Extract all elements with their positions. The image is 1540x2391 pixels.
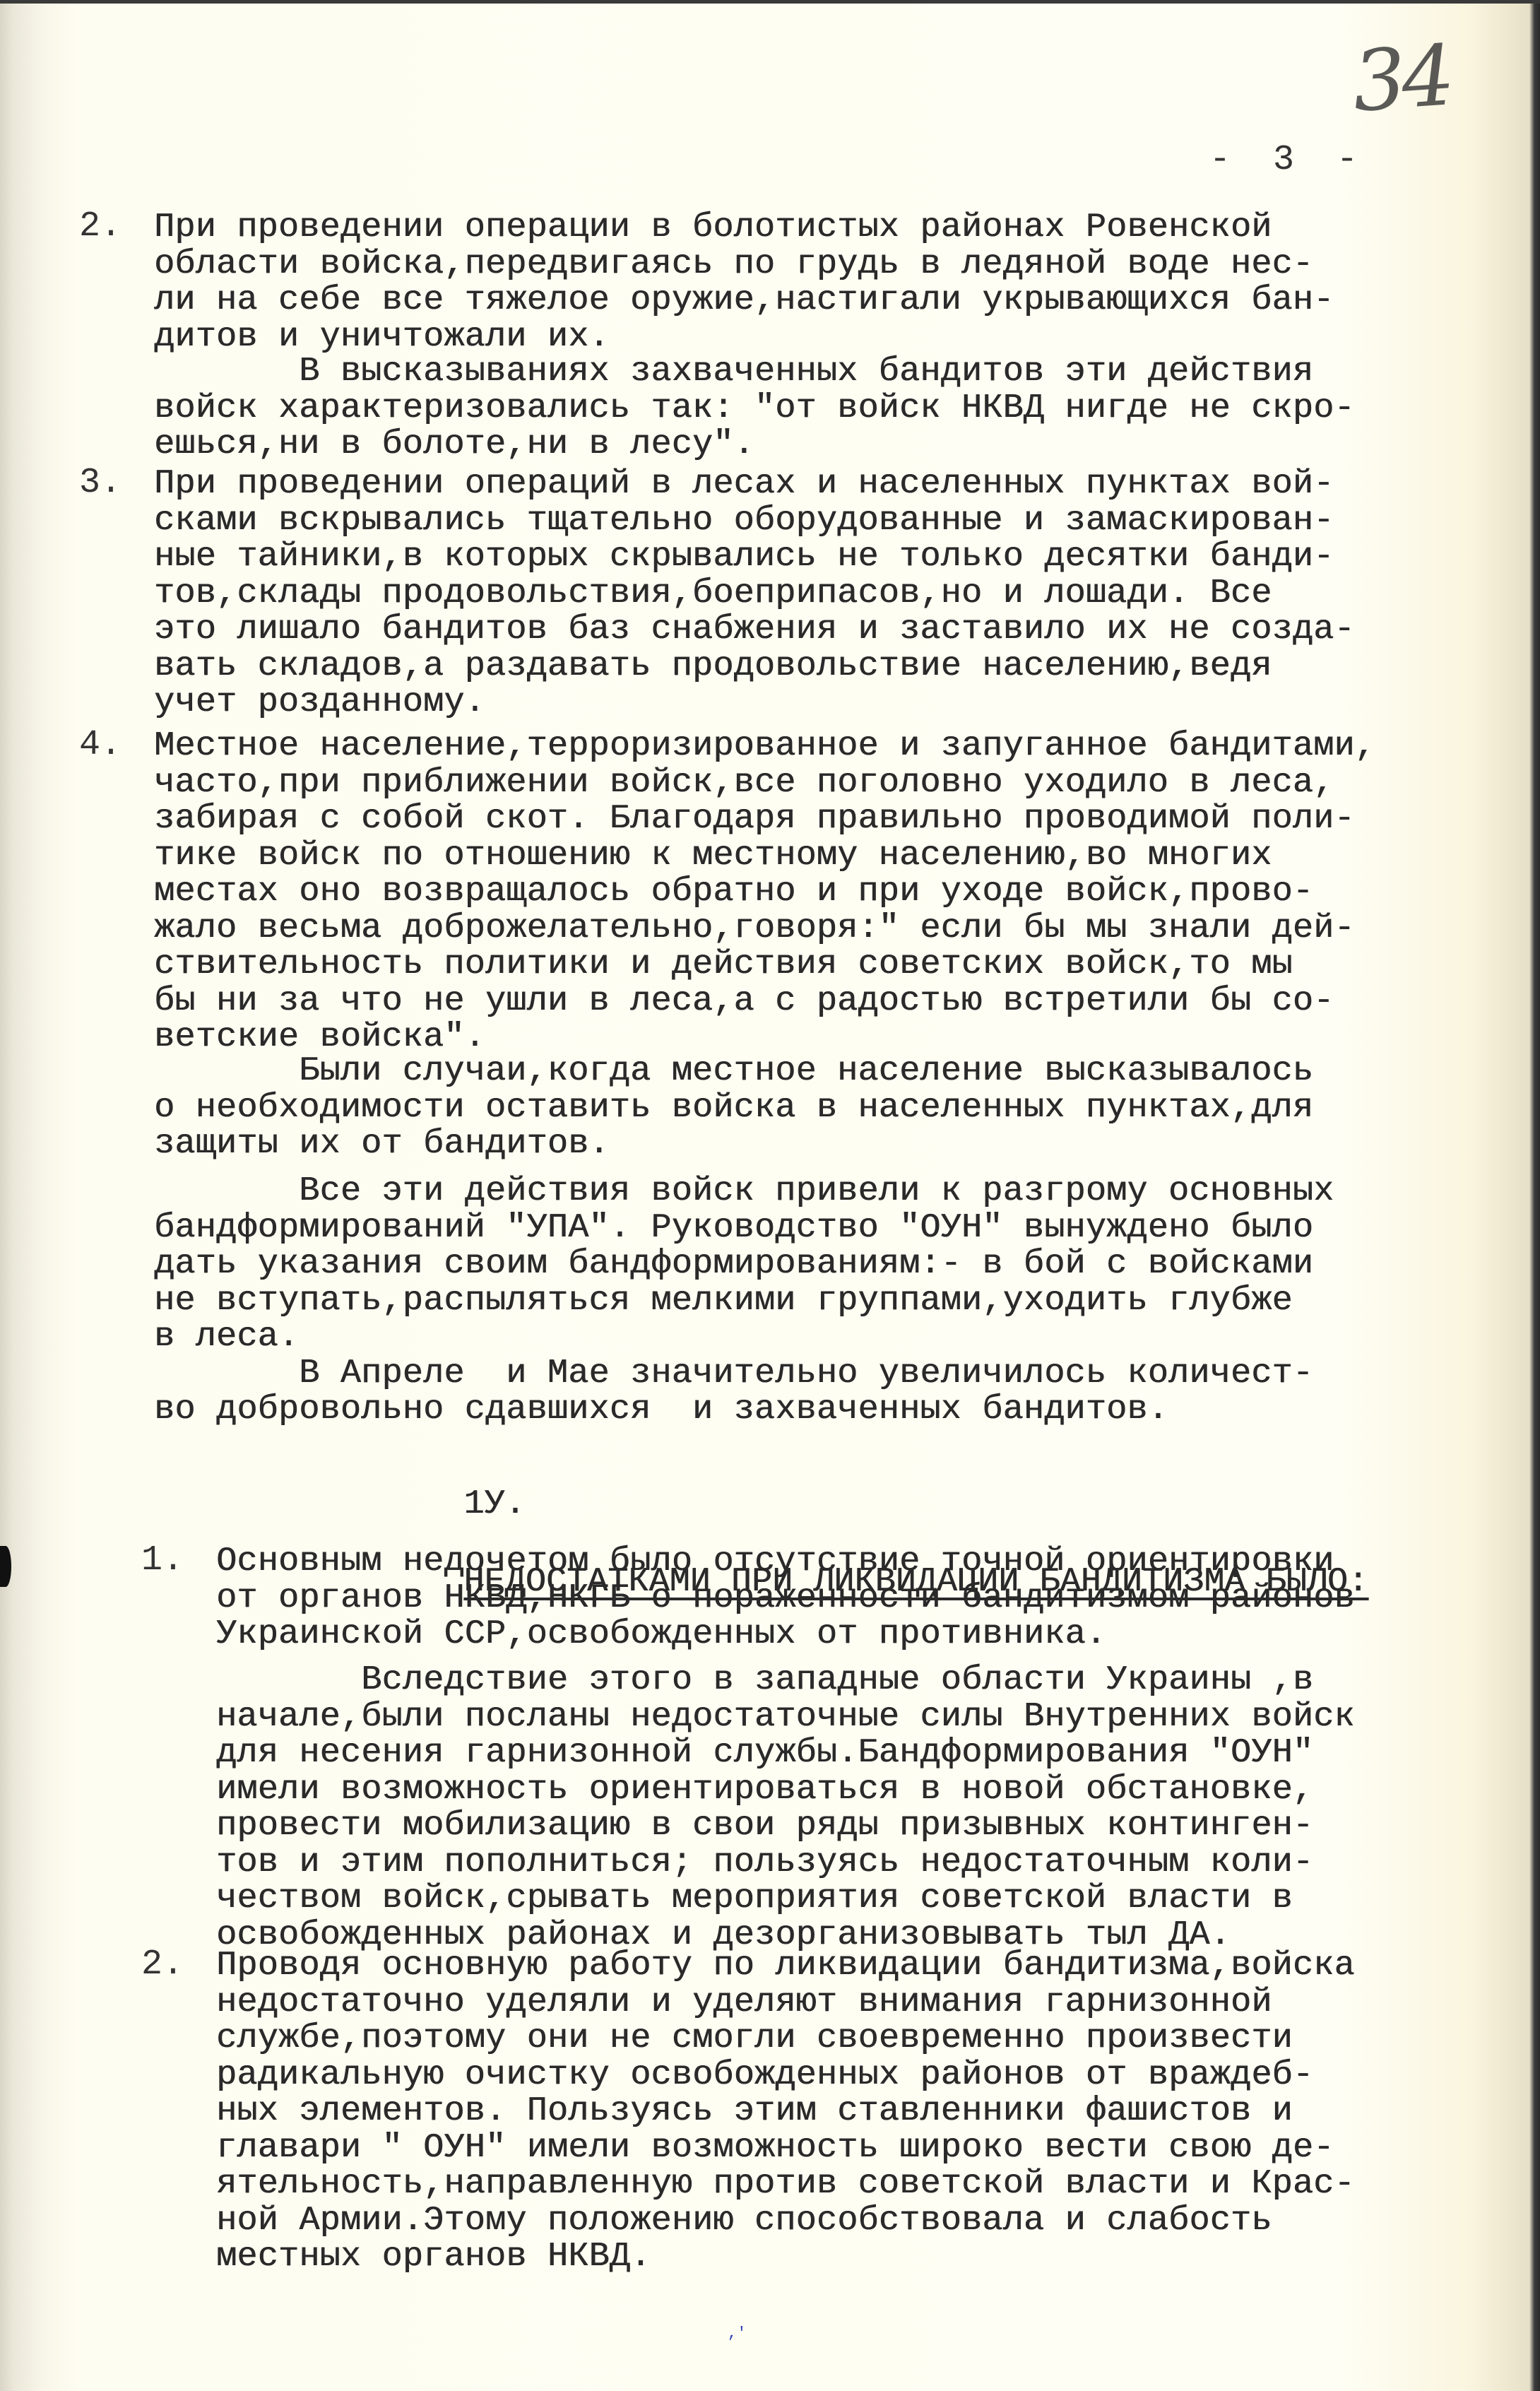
- document-page: 34 - 3 - 2. При проведении операции в бо…: [0, 0, 1540, 2391]
- ink-mark: ,': [728, 2325, 742, 2342]
- page-top-edge: [0, 0, 1540, 4]
- item-4-text: Местное население,терроризированное и за…: [154, 728, 1375, 1056]
- item-number: 4.: [79, 725, 122, 765]
- section-iv-item-1-text: Основным недочетом было отсутствие точно…: [216, 1543, 1355, 1653]
- paragraph-results-of-actions: Все эти действия войск привели к разгром…: [154, 1173, 1334, 1428]
- handwritten-archive-sheet-number: 34: [1349, 26, 1453, 130]
- section-numeral: 1У.: [463, 1484, 525, 1523]
- paragraph-local-population-cases: Были случаи,когда местное население выск…: [154, 1053, 1313, 1162]
- page-number: - 3 -: [1209, 140, 1358, 180]
- item-number: 3.: [79, 463, 122, 503]
- section-iv-item-2-text: Проводя основную работу по ликвидации ба…: [216, 1947, 1355, 2275]
- item-3-text: При проведении операций в лесах и населе…: [154, 466, 1355, 721]
- binding-hole-mark: [0, 1546, 11, 1587]
- item-2-text: При проведении операции в болотистых рай…: [154, 209, 1334, 355]
- section-iv-item-1-followup: Вследствие этого в западные области Укра…: [216, 1662, 1355, 1953]
- item-2-followup-paragraph: В высказываниях захваченных бандитов эти…: [154, 353, 1355, 463]
- item-number: 2.: [141, 1944, 184, 1985]
- item-number: 1.: [141, 1540, 184, 1581]
- item-number: 2.: [79, 206, 122, 247]
